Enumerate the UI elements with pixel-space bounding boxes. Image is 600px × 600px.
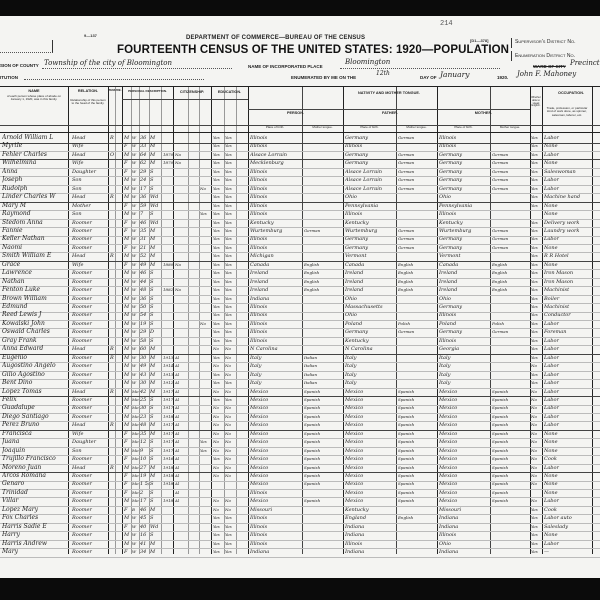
cell-imm: 1870 — [163, 159, 173, 168]
cell-name: Bent Dino — [2, 379, 68, 388]
cell-tongue: Spanish — [304, 472, 343, 481]
cell-ftongue: German — [398, 244, 437, 253]
header-line — [248, 109, 530, 110]
cell-race: Mex — [132, 447, 139, 456]
cell-birth: Mecklenburg — [250, 159, 302, 168]
cell-fbirth: Italy — [345, 379, 396, 388]
cell-write: Yes — [225, 252, 236, 261]
cell-age: 29 — [140, 328, 149, 337]
cell-own: R — [110, 252, 120, 261]
institution-line — [24, 79, 204, 80]
cell-occ: Labor — [544, 396, 592, 405]
year-label: 1920. — [497, 75, 508, 80]
cell-sex: M — [124, 540, 131, 549]
cell-fbirth: Mexico — [345, 388, 396, 397]
cell-ftongue: German — [398, 151, 437, 160]
cell-mtongue: Spanish — [492, 404, 530, 413]
cell-occ: Delivery work — [544, 219, 592, 228]
cell-imm: 1918 — [163, 497, 173, 506]
cell-mbirth: Ireland — [439, 269, 490, 278]
cell-school: Yes — [200, 438, 211, 447]
cell-ms: S — [150, 320, 161, 329]
cell-school: No — [200, 320, 211, 329]
cell-tongue: Spanish — [304, 404, 343, 413]
cell-rel: Roomer — [72, 548, 106, 557]
cell-tongue: Italian — [304, 354, 343, 363]
cell-sex: M — [124, 320, 131, 329]
cell-ftongue: Spanish — [398, 421, 437, 430]
header-occupation: OCCUPATION. — [542, 91, 600, 95]
cell-read: Yes — [213, 311, 224, 320]
cell-eng: Yes — [531, 219, 542, 228]
bracket — [511, 51, 512, 61]
cell-ms: M — [150, 345, 161, 354]
cell-race: W — [132, 185, 139, 194]
cell-ftongue: Spanish — [398, 489, 437, 498]
header-trade: Trade, profession, or particular kind of… — [544, 107, 590, 117]
cell-age: 23 — [140, 413, 149, 422]
cell-name: Villar — [2, 497, 68, 506]
cell-sex: M — [124, 413, 131, 422]
cell-occ: Cook — [544, 506, 592, 515]
cell-write: Yes — [225, 320, 236, 329]
cell-tongue: Spanish — [304, 396, 343, 405]
cell-ms: S — [150, 337, 161, 346]
cell-name: Stedom Anna — [2, 219, 68, 228]
cell-fbirth: Italy — [345, 371, 396, 380]
cell-birth: Mexico — [250, 421, 302, 430]
cell-occ: None — [544, 159, 592, 168]
cell-fbirth: Mexico — [345, 464, 396, 473]
cell-sex: M — [124, 354, 131, 363]
header-line — [122, 99, 248, 100]
cell-ms: S — [150, 210, 161, 219]
cell-nat: Al — [175, 472, 187, 481]
cell-name: Diego Santiago — [2, 413, 68, 422]
cell-sex: M — [124, 176, 131, 185]
cell-read: Yes — [213, 202, 224, 211]
cell-mbirth: Missouri — [439, 506, 490, 515]
cell-eng: No — [531, 362, 542, 371]
cell-mbirth: Georgia — [439, 345, 490, 354]
cell-age: 62 — [140, 159, 149, 168]
cell-race: Mex — [132, 455, 139, 464]
cell-ms: S — [150, 168, 161, 177]
incorporated-line — [340, 68, 500, 69]
cell-name: Lopez Mary — [2, 506, 68, 515]
cell-mtongue: Spanish — [492, 430, 530, 439]
cell-sex: M — [124, 295, 131, 304]
cell-fbirth: Illinois — [345, 540, 396, 549]
cell-occ: Labor — [544, 151, 592, 160]
cell-ms: S — [150, 269, 161, 278]
cell-sex: M — [124, 185, 131, 194]
enumeration-district-label: Enumeration District No. — [515, 53, 575, 59]
cell-name: Myrtle — [2, 142, 68, 151]
cell-mbirth: Ireland — [439, 286, 490, 295]
cell-mtongue: English — [492, 286, 530, 295]
cell-occ: Machinist — [544, 303, 592, 312]
cell-mbirth: Germany — [439, 185, 490, 194]
cell-imm: 1917 — [163, 404, 173, 413]
cell-rel: Roomer — [72, 311, 106, 320]
cell-read: Yes — [213, 244, 224, 253]
cell-nat: Na — [175, 151, 187, 160]
header-mother-tongue: Mother tongue. — [490, 126, 530, 129]
cell-occ: Labor — [544, 379, 592, 388]
cell-age: 29 — [140, 168, 149, 177]
cell-fbirth: Germany — [345, 151, 396, 160]
cell-mbirth: Italy — [439, 362, 490, 371]
cell-mtongue: German — [492, 176, 530, 185]
cell-nat: Al — [175, 455, 187, 464]
cell-fbirth: Kentucky — [345, 506, 396, 515]
cell-name: Arnold William L — [2, 134, 68, 143]
cell-write: Yes — [225, 328, 236, 337]
cell-ms: Wd — [150, 202, 161, 211]
cell-fbirth: Vermont — [345, 252, 396, 261]
cell-occ: Conductor — [544, 311, 592, 320]
cell-race: W — [132, 227, 139, 236]
cell-sex: M — [124, 311, 131, 320]
cell-name: Eugenio — [2, 354, 68, 363]
cell-eng: Yes — [531, 278, 542, 287]
cell-eng: Yes — [531, 548, 542, 557]
cell-age: 30 — [140, 404, 149, 413]
cell-birth: Illinois — [250, 489, 302, 498]
cell-name: Wilhelmina — [2, 159, 68, 168]
cell-birth: Alsace Lorrain — [250, 151, 302, 160]
cell-birth: Mexico — [250, 430, 302, 439]
cell-write: Yes — [225, 396, 236, 405]
cell-mtongue: Spanish — [492, 480, 530, 489]
cell-rel: Son — [72, 185, 106, 194]
cell-eng: No — [531, 396, 542, 405]
cell-fbirth: Indiana — [345, 531, 396, 540]
cell-sex: M — [124, 371, 131, 380]
cell-eng: Yes — [531, 151, 542, 160]
cell-read: Yes — [213, 371, 224, 380]
cell-mbirth: Ohio — [439, 193, 490, 202]
cell-birth: Illinois — [250, 134, 302, 143]
cell-mbirth: Germany — [439, 151, 490, 160]
cell-read: Yes — [213, 142, 224, 151]
cell-name: Fox Charles — [2, 514, 68, 523]
cell-eng: Yes — [531, 303, 542, 312]
cell-mbirth: Mexico — [439, 480, 490, 489]
cell-name: Harry — [2, 531, 68, 540]
cell-ms: S — [150, 413, 161, 422]
cell-mtongue: Spanish — [492, 388, 530, 397]
cell-race: B — [132, 506, 139, 515]
cell-age: 49 — [140, 362, 149, 371]
cell-age: 10 — [140, 455, 149, 464]
cell-sex: F — [124, 506, 131, 515]
cell-name: Harris Andrew — [2, 540, 68, 549]
cell-birth: Mexico — [250, 438, 302, 447]
cell-race: W — [132, 345, 139, 354]
cell-birth: Illinois — [250, 235, 302, 244]
cell-ms: S — [150, 286, 161, 295]
cell-race: W — [132, 320, 139, 329]
cell-birth: N Carolina — [250, 345, 302, 354]
cell-read: Yes — [213, 523, 224, 532]
cell-fbirth: Mexico — [345, 497, 396, 506]
cell-age: 46 — [140, 219, 149, 228]
cell-tongue: German — [304, 227, 343, 236]
cell-name: Harris Sadie E — [2, 523, 68, 532]
cell-occ: None — [544, 244, 592, 253]
cell-race: Mex — [132, 404, 139, 413]
cell-write: Yes — [225, 278, 236, 287]
cell-name: Anna Edward — [2, 345, 68, 354]
cell-read: No — [213, 345, 224, 354]
cell-fbirth: Mexico — [345, 480, 396, 489]
cell-eng: Yes — [531, 142, 542, 151]
cell-ftongue: Spanish — [398, 497, 437, 506]
cell-rel: Roomer — [72, 404, 106, 413]
cell-age: 49 — [140, 261, 149, 270]
cell-race: Mex — [132, 421, 139, 430]
cell-write: Yes — [225, 337, 236, 346]
cell-fbirth: Massachusetts — [345, 303, 396, 312]
cell-own: R — [110, 421, 120, 430]
cell-ms: M — [150, 354, 161, 363]
cell-age: 54 — [140, 311, 149, 320]
cell-eng: No — [531, 455, 542, 464]
cell-sex: M — [124, 388, 131, 397]
cell-write: Yes — [225, 295, 236, 304]
cell-birth: Mexico — [250, 388, 302, 397]
cell-name: Guadalupe — [2, 404, 68, 413]
header-father-birth: Place of birth. — [343, 126, 396, 129]
cell-own: O — [110, 151, 120, 160]
cell-tongue: Spanish — [304, 421, 343, 430]
cell-read: No — [213, 464, 224, 473]
cell-sex: F — [124, 202, 131, 211]
cell-race: W — [132, 261, 139, 270]
cell-read: No — [213, 413, 224, 422]
cell-age: 7 — [140, 210, 149, 219]
cell-age: 24 — [140, 176, 149, 185]
cell-write: Yes — [225, 548, 236, 557]
cell-name: Mary — [2, 548, 68, 557]
cell-ms: Wd — [150, 219, 161, 228]
cell-read: No — [213, 362, 224, 371]
cell-mbirth: Mexico — [439, 404, 490, 413]
header-relation: RELATION. — [68, 89, 108, 93]
cell-mtongue: Spanish — [492, 396, 530, 405]
cell-occ: None — [544, 202, 592, 211]
cell-birth: Italy — [250, 371, 302, 380]
cell-rel: Roomer — [72, 413, 106, 422]
cell-write: Yes — [225, 227, 236, 236]
cell-race: W — [132, 514, 139, 523]
cell-race: W — [132, 193, 139, 202]
cell-rel: Son — [72, 176, 106, 185]
cell-own: R — [110, 388, 120, 397]
cell-rel: Wife — [72, 261, 106, 270]
day-of-label: DAY OF — [420, 75, 437, 80]
cell-rel: Roomer — [72, 514, 106, 523]
cell-sex: M — [124, 337, 131, 346]
cell-mbirth: Mexico — [439, 447, 490, 456]
cell-mtongue: Polish — [492, 320, 530, 329]
cell-mbirth: Mexico — [439, 413, 490, 422]
cell-mbirth: Mexico — [439, 430, 490, 439]
cell-ms: Wd — [150, 193, 161, 202]
cell-mbirth: Illinois — [439, 210, 490, 219]
cell-read: Yes — [213, 303, 224, 312]
cell-race: W — [132, 523, 139, 532]
cell-ftongue: German — [398, 328, 437, 337]
cell-fbirth: Mexico — [345, 396, 396, 405]
cell-age: 19 — [140, 472, 149, 481]
cell-race: W — [132, 286, 139, 295]
cell-ms: S — [150, 311, 161, 320]
cell-ftongue: Spanish — [398, 472, 437, 481]
cell-ms: S — [150, 514, 161, 523]
census-table: NAME of each person whose place of abode… — [0, 86, 600, 554]
cell-read: Yes — [213, 151, 224, 160]
cell-nat: Na — [175, 261, 187, 270]
cell-rel: Head — [72, 345, 106, 354]
cell-tongue: Italian — [304, 379, 343, 388]
cell-occ: Labor — [544, 176, 592, 185]
cell-eng: Yes — [531, 320, 542, 329]
cell-nat: Al — [175, 396, 187, 405]
cell-own: R — [110, 345, 120, 354]
cell-sex: M — [124, 497, 131, 506]
cell-age: 48 — [140, 286, 149, 295]
cell-mbirth: Germany — [439, 244, 490, 253]
cell-ms: M — [150, 244, 161, 253]
cell-fbirth: Canada — [345, 261, 396, 270]
cell-mbirth: Mexico — [439, 438, 490, 447]
table-row: MaryRoomerFW34MYesYesIndianaIndianaIndia… — [0, 548, 600, 558]
cell-birth: Illinois — [250, 168, 302, 177]
cell-race: Mex — [132, 396, 139, 405]
cell-mbirth: Wurtemburg — [439, 227, 490, 236]
cell-eng: Yes — [531, 244, 542, 253]
cell-mtongue: Spanish — [492, 472, 530, 481]
cell-age: 1 5/12 — [140, 480, 149, 489]
cell-read: Yes — [213, 531, 224, 540]
cell-mbirth: Mexico — [439, 455, 490, 464]
cell-read: Yes — [213, 295, 224, 304]
census-title: FOURTEENTH CENSUS OF THE UNITED STATES: … — [117, 44, 509, 56]
cell-ftongue: Spanish — [398, 388, 437, 397]
cell-ms: M — [150, 388, 161, 397]
cell-fbirth: Germany — [345, 235, 396, 244]
cell-rel: Roomer — [72, 506, 106, 515]
cell-mbirth: Illinois — [439, 134, 490, 143]
cell-sex: M — [124, 421, 131, 430]
cell-name: Gray Frank — [2, 337, 68, 346]
cell-fbirth: Ohio — [345, 295, 396, 304]
cell-eng: Yes — [531, 202, 542, 211]
cell-mbirth: Germany — [439, 168, 490, 177]
cell-ms: M — [150, 151, 161, 160]
cell-mtongue: Spanish — [492, 421, 530, 430]
header-name-sub: of each person whose place of abode on J… — [2, 95, 66, 102]
cell-ms: M — [150, 421, 161, 430]
cell-eng: Yes — [531, 345, 542, 354]
cell-sex: M — [124, 303, 131, 312]
cell-birth: Mexico — [250, 396, 302, 405]
cell-name: Felix — [2, 396, 68, 405]
cell-write: No — [225, 354, 236, 363]
cell-imm: 1870 — [163, 151, 173, 160]
cell-rel: Roomer — [72, 244, 106, 253]
cell-write: Yes — [225, 269, 236, 278]
cell-age: 19 — [140, 320, 149, 329]
cell-rel: Roomer — [72, 396, 106, 405]
cell-read: Yes — [213, 396, 224, 405]
cell-rel: Son — [72, 447, 106, 456]
cell-age: 25 — [140, 396, 149, 405]
header-person: PERSON. — [248, 111, 343, 115]
cell-age: 59 — [140, 202, 149, 211]
cell-sex: M — [124, 235, 131, 244]
cell-mbirth: Ohio — [439, 295, 490, 304]
cell-fbirth: Mexico — [345, 447, 396, 456]
cell-read: No — [213, 447, 224, 456]
cell-nat: Al — [175, 421, 187, 430]
cell-age: 36 — [140, 134, 149, 143]
cell-mbirth: Mexico — [439, 489, 490, 498]
cell-nat: Al — [175, 438, 187, 447]
cell-race: W — [132, 269, 139, 278]
cell-sex: F — [124, 168, 131, 177]
cell-sex: F — [124, 489, 131, 498]
cell-read: Yes — [213, 328, 224, 337]
cell-imm: 1917 — [163, 396, 173, 405]
cell-nat: Na — [175, 286, 187, 295]
cell-ms: S — [150, 404, 161, 413]
cell-ftongue: German — [398, 176, 437, 185]
cell-occ: None — [544, 210, 592, 219]
cell-birth: Ireland — [250, 278, 302, 287]
cell-rel: Roomer — [72, 328, 106, 337]
cell-fbirth: Kentucky — [345, 219, 396, 228]
cell-eng: No — [531, 404, 542, 413]
cell-write: Yes — [225, 202, 236, 211]
cell-race: Mex — [132, 413, 139, 422]
cell-imm: 1913 — [163, 371, 173, 380]
cell-rel: Roomer — [72, 472, 106, 481]
cell-write: No — [225, 464, 236, 473]
cell-occ: Machinist — [544, 286, 592, 295]
ward-label: WARD OF CITY — [533, 64, 566, 69]
cell-occ: Iron Mason — [544, 278, 592, 287]
cell-sex: M — [124, 404, 131, 413]
cell-imm: 1916 — [163, 455, 173, 464]
cell-age: 48 — [140, 421, 149, 430]
cell-mbirth: Illinois — [439, 337, 490, 346]
cell-sex: F — [124, 548, 131, 557]
cell-sex: F — [124, 159, 131, 168]
cell-eng: Yes — [531, 337, 542, 346]
cell-race: Mex — [132, 497, 139, 506]
cell-ms: M — [150, 379, 161, 388]
cell-fbirth: Ohio — [345, 311, 396, 320]
cell-ms: M — [150, 252, 161, 261]
header-personal: PERSONAL DESCRIPTION. — [122, 90, 173, 93]
cell-age: 41 — [140, 540, 149, 549]
enumerated-label: ENUMERATED BY ME ON THE — [291, 75, 356, 80]
cell-own: R — [110, 134, 120, 143]
